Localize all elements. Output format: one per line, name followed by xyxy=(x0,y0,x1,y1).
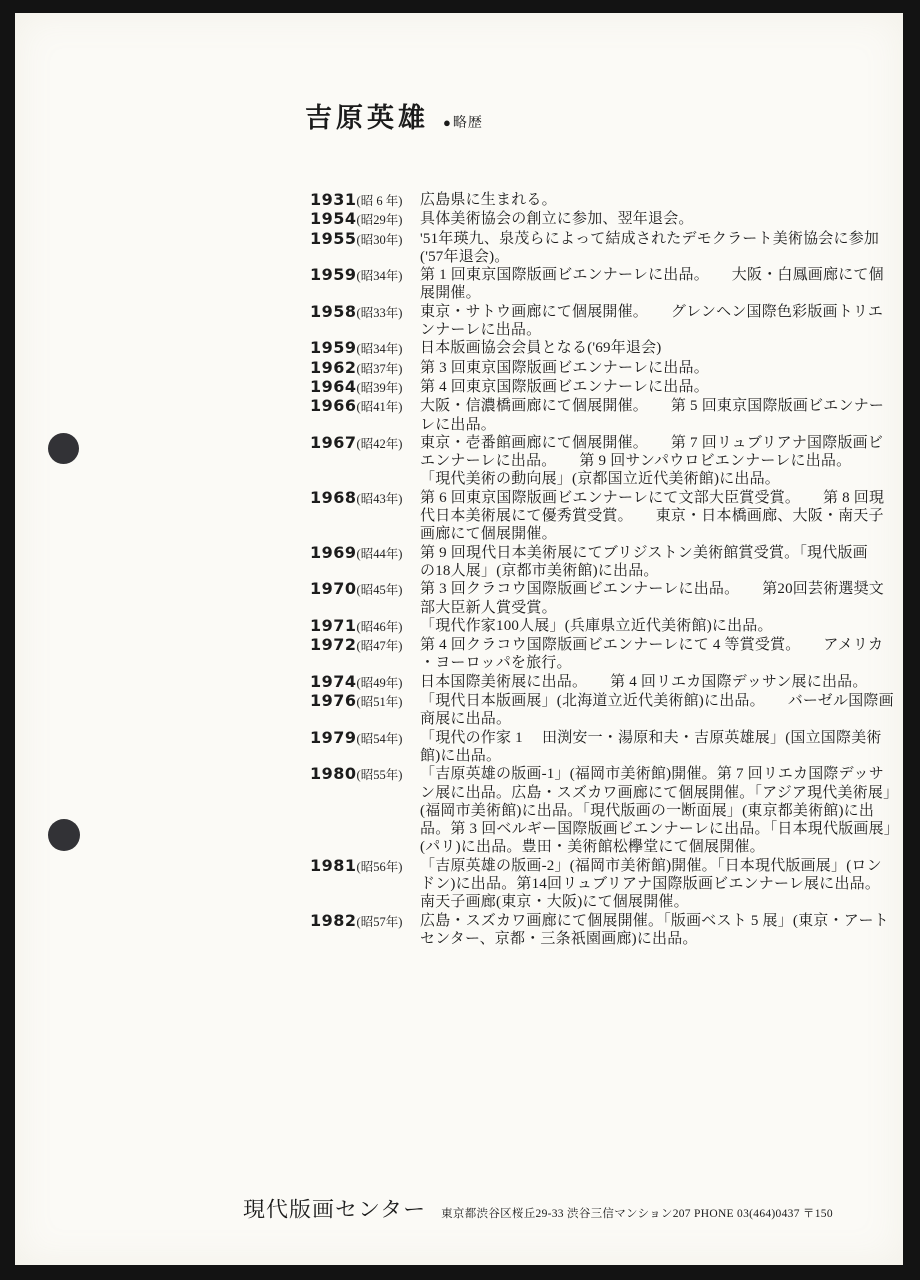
entry-year-cell: 1972(昭47年) xyxy=(310,636,420,655)
entry-era: (昭47年) xyxy=(357,639,403,653)
timeline-entry: 1959(昭34年)第 1 回東京国際版画ビエンナーレに出品。 大阪・白鳳画廊に… xyxy=(310,266,899,303)
entry-year: 1968 xyxy=(310,488,357,507)
entry-year: 1970 xyxy=(310,579,357,598)
entry-year-cell: 1931(昭 6 年) xyxy=(310,191,420,210)
entry-era: (昭33年) xyxy=(357,306,403,320)
entry-year: 1958 xyxy=(310,302,357,321)
entry-era: (昭45年) xyxy=(357,583,403,597)
entry-year: 1972 xyxy=(310,635,357,654)
entry-year: 1980 xyxy=(310,764,357,783)
entry-text: 「現代日本版画展」(北海道立近代美術館)に出品。 バーゼル国際画 商展に出品。 xyxy=(420,692,894,729)
entry-era: (昭54年) xyxy=(357,732,403,746)
entry-era: (昭46年) xyxy=(357,620,403,634)
entry-text: 「吉原英雄の版画-1」(福岡市美術館)開催。第 7 回リエカ国際デッサ ン展に出… xyxy=(420,765,899,856)
entry-era: (昭49年) xyxy=(357,676,403,690)
footer: 現代版画センター 東京都渋谷区桜丘29-33 渋谷三信マンション207 PHON… xyxy=(243,1193,833,1224)
title-sub-label: 略歴 xyxy=(453,116,483,131)
entry-text: 東京・サトウ画廊にて個展開催。 グレンヘン国際色彩版画トリエ ンナーレに出品。 xyxy=(420,303,883,340)
entry-text: 第 3 回クラコウ国際版画ビエンナーレに出品。 第20回芸術選奨文 部大臣新人賞… xyxy=(420,580,884,617)
timeline-entry: 1966(昭41年)大阪・信濃橋画廊にて個展開催。 第 5 回東京国際版画ビエン… xyxy=(310,397,899,434)
entry-text: 第 4 回クラコウ国際版画ビエンナーレにて 4 等賞受賞。 アメリカ ・ヨーロッ… xyxy=(420,636,883,673)
entry-year: 1954 xyxy=(310,209,357,228)
punch-hole-top xyxy=(48,433,79,464)
entry-era: (昭56年) xyxy=(357,860,403,874)
entry-era: (昭 6 年) xyxy=(357,194,403,208)
entry-text: 東京・壱番館画廊にて個展開催。 第 7 回リュブリアナ国際版画ビ エンナーレに出… xyxy=(420,434,883,489)
entry-year: 1964 xyxy=(310,377,357,396)
entry-year: 1966 xyxy=(310,396,357,415)
entry-era: (昭29年) xyxy=(357,213,403,227)
biography-timeline: 1931(昭 6 年)広島県に生まれる。1954(昭29年)具体美術協会の創立に… xyxy=(310,191,899,948)
entry-era: (昭44年) xyxy=(357,547,403,561)
entry-era: (昭30年) xyxy=(357,233,403,247)
entry-text: 「吉原英雄の版画-2」(福岡市美術館)開催。「日本現代版画展」(ロン ドン)に出… xyxy=(420,857,882,912)
entry-year-cell: 1974(昭49年) xyxy=(310,673,420,692)
entry-year: 1979 xyxy=(310,728,357,747)
entry-era: (昭43年) xyxy=(357,492,403,506)
entry-year-cell: 1954(昭29年) xyxy=(310,210,420,229)
entry-year: 1959 xyxy=(310,265,357,284)
entry-year: 1981 xyxy=(310,856,357,875)
timeline-entry: 1967(昭42年)東京・壱番館画廊にて個展開催。 第 7 回リュブリアナ国際版… xyxy=(310,434,899,489)
publisher-name: 現代版画センター xyxy=(243,1194,426,1224)
entry-era: (昭51年) xyxy=(357,695,403,709)
timeline-entry: 1969(昭44年)第 9 回現代日本美術展にてブリジストン美術館賞受賞。「現代… xyxy=(310,544,899,581)
timeline-entry: 1980(昭55年)「吉原英雄の版画-1」(福岡市美術館)開催。第 7 回リエカ… xyxy=(310,765,899,856)
entry-year-cell: 1958(昭33年) xyxy=(310,303,420,322)
entry-text: '51年瑛九、泉茂らによって結成されたデモクラート美術協会に参加 ('57年退会… xyxy=(420,230,879,267)
entry-era: (昭37年) xyxy=(357,362,403,376)
timeline-entry: 1964(昭39年)第 4 回東京国際版画ビエンナーレに出品。 xyxy=(310,378,899,397)
entry-text: 第 3 回東京国際版画ビエンナーレに出品。 xyxy=(420,359,709,377)
entry-year-cell: 1982(昭57年) xyxy=(310,912,420,931)
entry-text: 第 6 回東京国際版画ビエンナーレにて文部大臣賞受賞。 第 8 回現 代日本美術… xyxy=(420,489,884,544)
entry-year-cell: 1968(昭43年) xyxy=(310,489,420,508)
punch-hole-bottom xyxy=(48,819,80,851)
entry-year-cell: 1976(昭51年) xyxy=(310,692,420,711)
entry-year-cell: 1966(昭41年) xyxy=(310,397,420,416)
entry-year: 1931 xyxy=(310,190,357,209)
entry-text: 「現代の作家 1 田渕安一・湯原和夫・吉原英雄展」(国立国際美術 館)に出品。 xyxy=(420,729,882,766)
publisher-address: 東京都渋谷区桜丘29-33 渋谷三信マンション207 PHONE 03(464)… xyxy=(441,1205,833,1221)
timeline-entry: 1971(昭46年)「現代作家100人展」(兵庫県立近代美術館)に出品。 xyxy=(310,617,899,636)
entry-text: 第 9 回現代日本美術展にてブリジストン美術館賞受賞。「現代版画 の18人展」(… xyxy=(420,544,868,581)
entry-text: 大阪・信濃橋画廊にて個展開催。 第 5 回東京国際版画ビエンナー レに出品。 xyxy=(420,397,884,434)
entry-era: (昭42年) xyxy=(357,437,403,451)
document-page: 吉原英雄 ●略歴 1931(昭 6 年)広島県に生まれる。1954(昭29年)具… xyxy=(15,13,903,1265)
entry-year: 1962 xyxy=(310,358,357,377)
scanner-background: 吉原英雄 ●略歴 1931(昭 6 年)広島県に生まれる。1954(昭29年)具… xyxy=(0,0,920,1280)
entry-year-cell: 1980(昭55年) xyxy=(310,765,420,784)
entry-year: 1967 xyxy=(310,433,357,452)
entry-era: (昭57年) xyxy=(357,915,403,929)
title-subsection: ●略歴 xyxy=(443,112,483,132)
entry-text: 第 1 回東京国際版画ビエンナーレに出品。 大阪・白鳳画廊にて個 展開催。 xyxy=(420,266,884,303)
entry-year-cell: 1979(昭54年) xyxy=(310,729,420,748)
entry-year-cell: 1967(昭42年) xyxy=(310,434,420,453)
entry-year: 1974 xyxy=(310,672,357,691)
entry-year-cell: 1981(昭56年) xyxy=(310,857,420,876)
timeline-entry: 1955(昭30年)'51年瑛九、泉茂らによって結成されたデモクラート美術協会に… xyxy=(310,230,899,267)
entry-year: 1959 xyxy=(310,338,357,357)
entry-year-cell: 1959(昭34年) xyxy=(310,266,420,285)
entry-text: 第 4 回東京国際版画ビエンナーレに出品。 xyxy=(420,378,709,396)
bullet-icon: ● xyxy=(443,115,452,130)
entry-year: 1971 xyxy=(310,616,357,635)
entry-text: 広島県に生まれる。 xyxy=(420,191,557,209)
entry-text: 「現代作家100人展」(兵庫県立近代美術館)に出品。 xyxy=(420,617,773,635)
entry-era: (昭41年) xyxy=(357,400,403,414)
timeline-entry: 1972(昭47年)第 4 回クラコウ国際版画ビエンナーレにて 4 等賞受賞。 … xyxy=(310,636,899,673)
title-row: 吉原英雄 ●略歴 xyxy=(305,101,483,135)
timeline-entry: 1962(昭37年)第 3 回東京国際版画ビエンナーレに出品。 xyxy=(310,359,899,378)
entry-era: (昭39年) xyxy=(357,381,403,395)
entry-year-cell: 1959(昭34年) xyxy=(310,339,420,358)
timeline-entry: 1970(昭45年)第 3 回クラコウ国際版画ビエンナーレに出品。 第20回芸術… xyxy=(310,580,899,617)
entry-era: (昭34年) xyxy=(357,269,403,283)
entry-era: (昭34年) xyxy=(357,342,403,356)
timeline-entry: 1981(昭56年)「吉原英雄の版画-2」(福岡市美術館)開催。「日本現代版画展… xyxy=(310,857,899,912)
entry-year-cell: 1962(昭37年) xyxy=(310,359,420,378)
entry-text: 広島・スズカワ画廊にて個展開催。「版画ベスト 5 展」(東京・アート センター、… xyxy=(420,912,889,949)
entry-year-cell: 1964(昭39年) xyxy=(310,378,420,397)
page-title: 吉原英雄 xyxy=(305,101,429,135)
entry-year-cell: 1971(昭46年) xyxy=(310,617,420,636)
entry-text: 具体美術協会の創立に参加、翌年退会。 xyxy=(420,210,694,228)
entry-text: 日本版画協会会員となる('69年退会) xyxy=(420,339,662,357)
timeline-entry: 1931(昭 6 年)広島県に生まれる。 xyxy=(310,191,899,210)
entry-year-cell: 1970(昭45年) xyxy=(310,580,420,599)
timeline-entry: 1968(昭43年)第 6 回東京国際版画ビエンナーレにて文部大臣賞受賞。 第 … xyxy=(310,489,899,544)
entry-era: (昭55年) xyxy=(357,768,403,782)
timeline-entry: 1954(昭29年)具体美術協会の創立に参加、翌年退会。 xyxy=(310,210,899,229)
entry-year-cell: 1955(昭30年) xyxy=(310,230,420,249)
timeline-entry: 1982(昭57年)広島・スズカワ画廊にて個展開催。「版画ベスト 5 展」(東京… xyxy=(310,912,899,949)
entry-text: 日本国際美術展に出品。 第 4 回リエカ国際デッサン展に出品。 xyxy=(420,673,868,691)
entry-year: 1969 xyxy=(310,543,357,562)
timeline-entry: 1959(昭34年)日本版画協会会員となる('69年退会) xyxy=(310,339,899,358)
entry-year: 1955 xyxy=(310,229,357,248)
entry-year: 1982 xyxy=(310,911,357,930)
timeline-entry: 1976(昭51年)「現代日本版画展」(北海道立近代美術館)に出品。 バーゼル国… xyxy=(310,692,899,729)
timeline-entry: 1979(昭54年)「現代の作家 1 田渕安一・湯原和夫・吉原英雄展」(国立国際… xyxy=(310,729,899,766)
timeline-entry: 1958(昭33年)東京・サトウ画廊にて個展開催。 グレンヘン国際色彩版画トリエ… xyxy=(310,303,899,340)
entry-year-cell: 1969(昭44年) xyxy=(310,544,420,563)
timeline-entry: 1974(昭49年)日本国際美術展に出品。 第 4 回リエカ国際デッサン展に出品… xyxy=(310,673,899,692)
entry-year: 1976 xyxy=(310,691,357,710)
